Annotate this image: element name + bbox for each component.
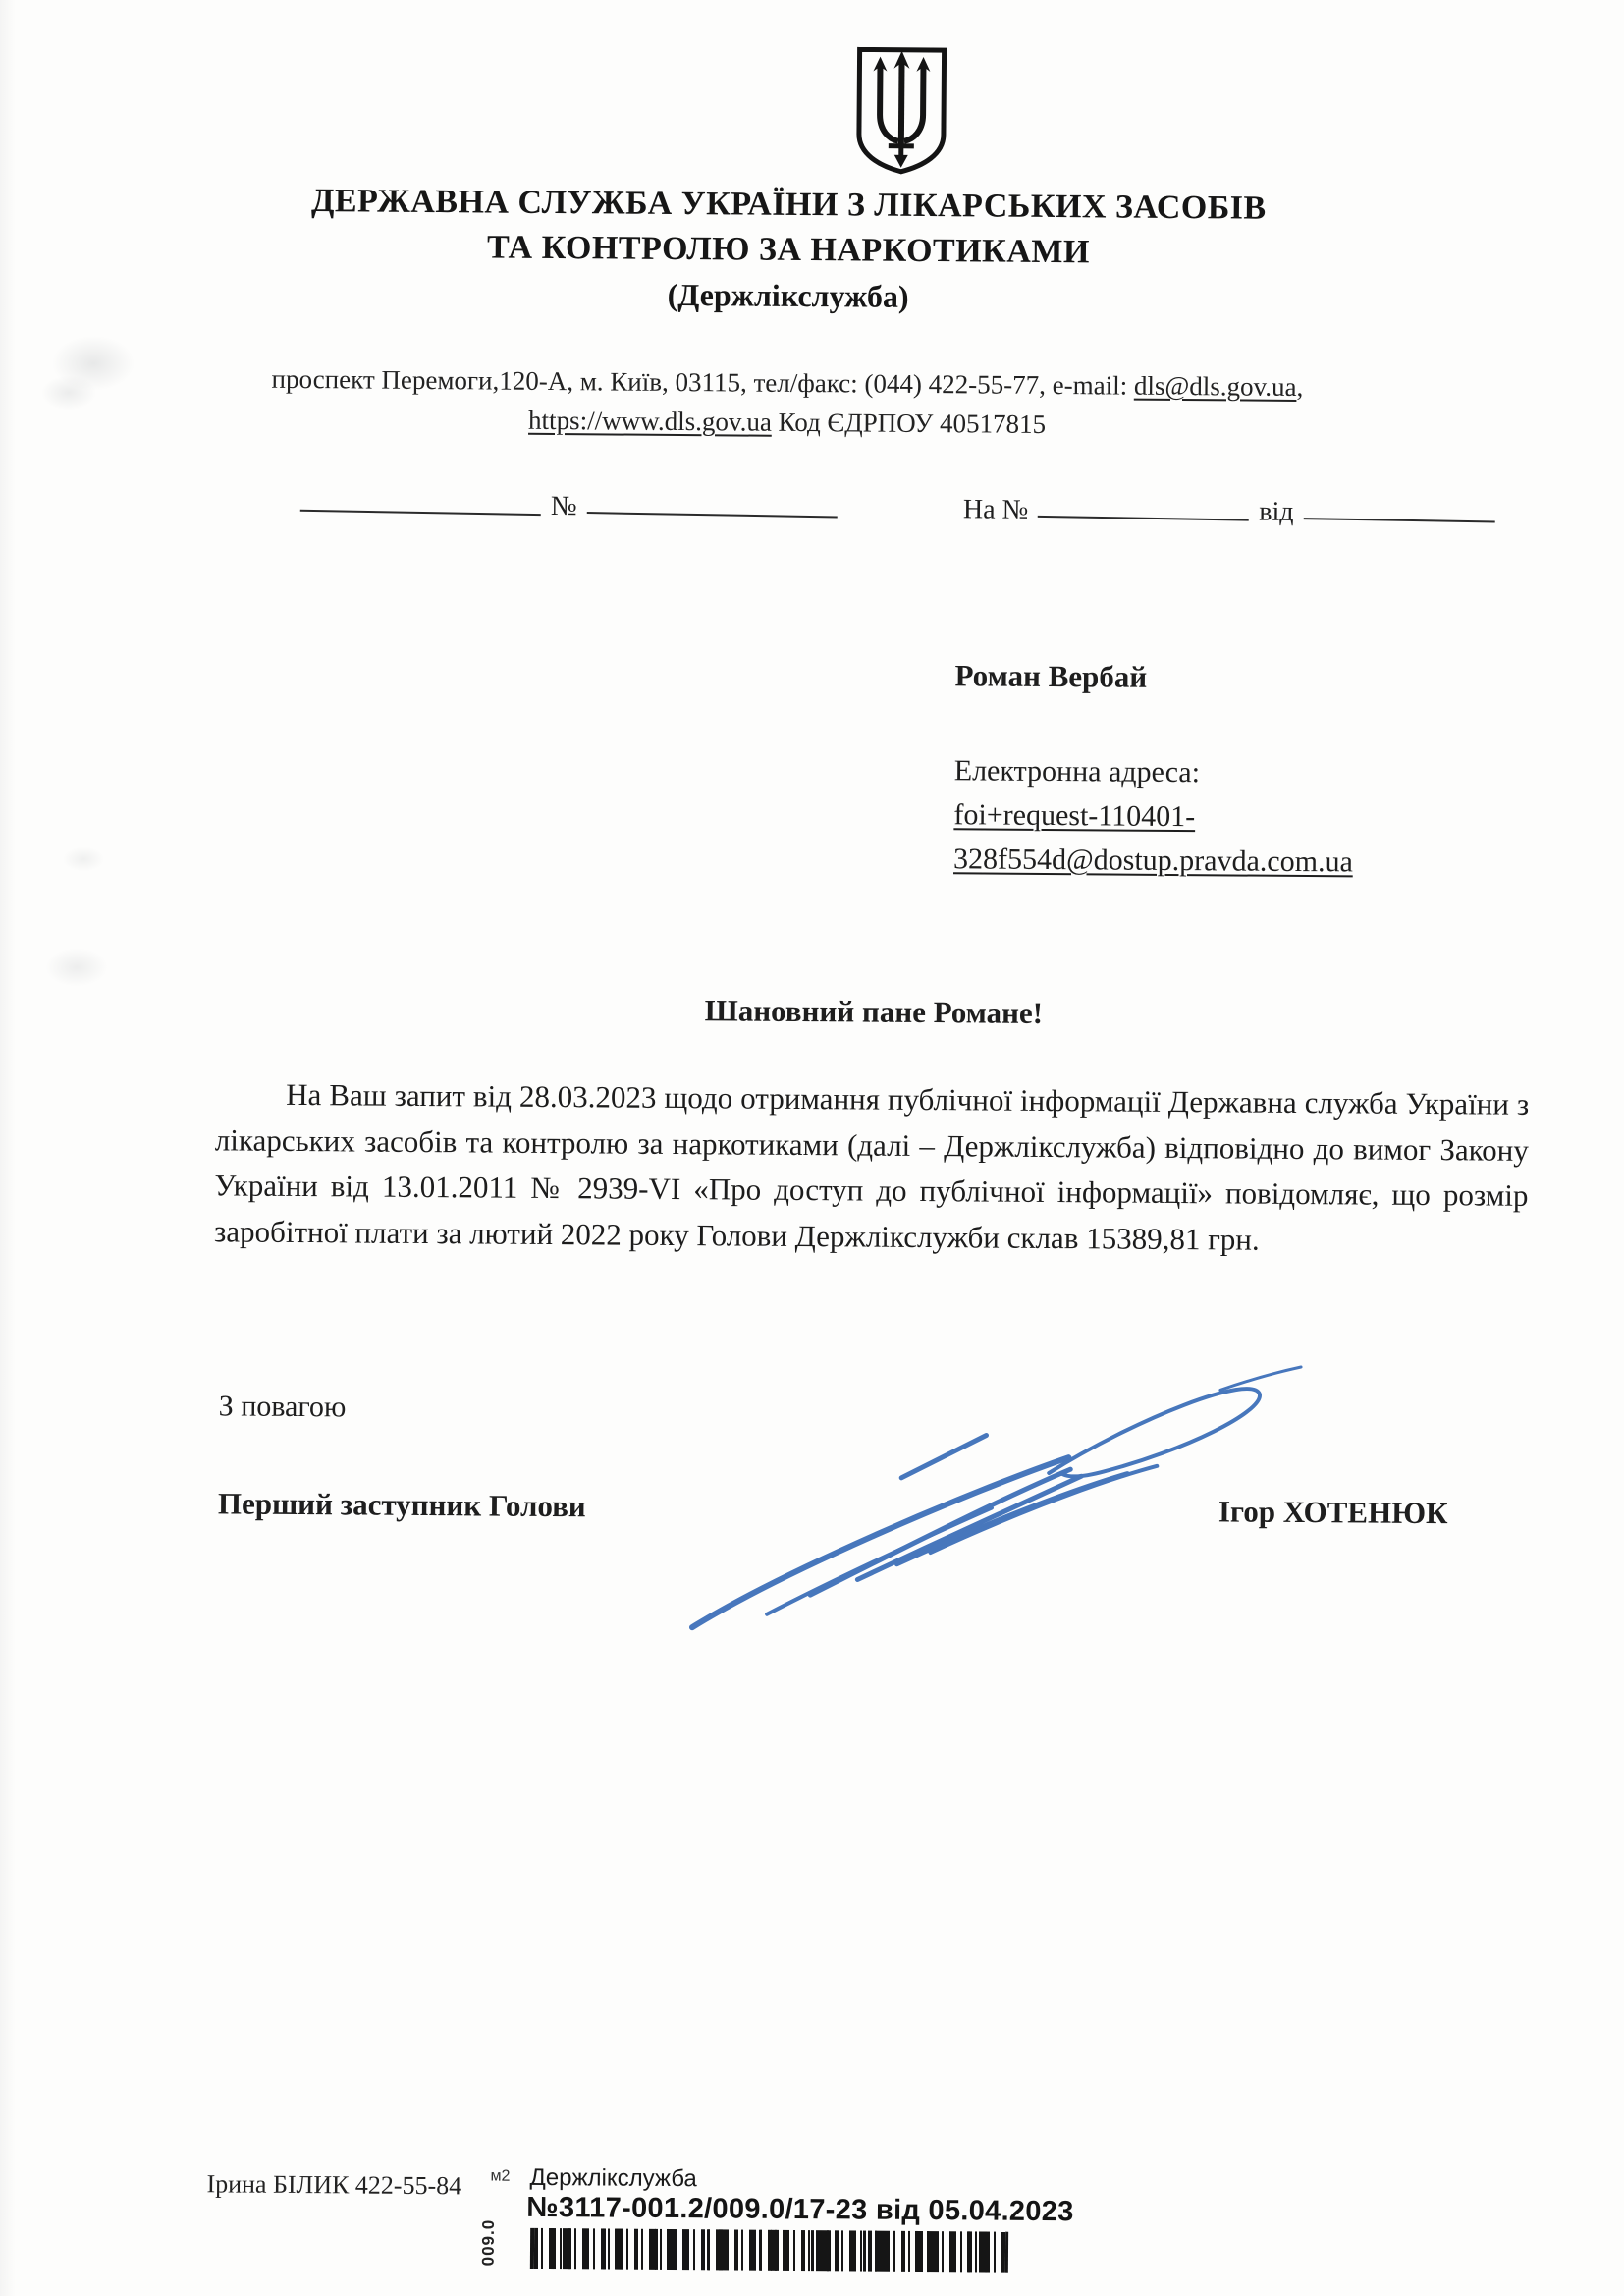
vertical-index-code: 009.0 (479, 2219, 499, 2267)
contact-block: проспект Перемоги,120-А, м. Київ, 03115,… (0, 357, 1578, 449)
barcode-image (530, 2228, 1008, 2273)
recipient-email-label: Електронна адреса: (954, 748, 1354, 795)
handwritten-signature-image (673, 1360, 1303, 1660)
incoming-number-line: На №від (963, 490, 1505, 529)
date-label: від (1259, 497, 1293, 527)
number-sign-label: № (551, 491, 577, 521)
website-link: https://www.dls.gov.ua (528, 406, 772, 437)
ukraine-trident-emblem-icon (849, 43, 954, 178)
letter-content: ДЕРЖАВНА СЛУЖБА УКРАЇНИ З ЛІКАРСЬКИХ ЗАС… (0, 0, 1624, 2296)
email-link: dls@dls.gov.ua (1134, 371, 1297, 402)
blank-date-line (300, 484, 541, 516)
footer-org-name: Держлікслужба (529, 2164, 696, 2193)
recipient-name: Роман Вербай (954, 653, 1354, 700)
letterhead: ДЕРЖАВНА СЛУЖБА УКРАЇНИ З ЛІКАРСЬКИХ ЗАС… (0, 177, 1580, 325)
recipient-block: Роман Вербай Електронна адреса: foi+requ… (953, 653, 1355, 884)
blank-number-line (586, 486, 837, 518)
edrpou-code: Код ЄДРПОУ 40517815 (772, 408, 1046, 439)
reference-row: № На №від (0, 483, 1620, 555)
blank-re-number-line (1038, 490, 1249, 521)
executor-note: Ірина БІЛИК 422-55-84 (206, 2169, 461, 2201)
outgoing-number-line: № (291, 485, 847, 524)
signer-title: Перший заступник Голови (218, 1486, 586, 1524)
recipient-email-line1: foi+request-110401- (953, 793, 1353, 840)
registration-number: №3117-001.2/009.0/17-23 від 05.04.2023 (526, 2192, 1074, 2228)
body-paragraph: На Ваш запит від 28.03.2023 щодо отриман… (214, 1071, 1529, 1265)
salutation: Шановний пане Романе! (218, 989, 1530, 1034)
blank-re-date-line (1303, 492, 1494, 522)
scanned-letter-page: ДЕРЖАВНА СЛУЖБА УКРАЇНИ З ЛІКАРСЬКИХ ЗАС… (0, 0, 1624, 2296)
re-number-label: На № (963, 494, 1029, 525)
recipient-email-line2: 328f554d@dostup.pravda.com.ua (953, 837, 1353, 884)
executor-superscript: м2 (491, 2168, 511, 2186)
closing-phrase: З повагою (219, 1390, 347, 1424)
